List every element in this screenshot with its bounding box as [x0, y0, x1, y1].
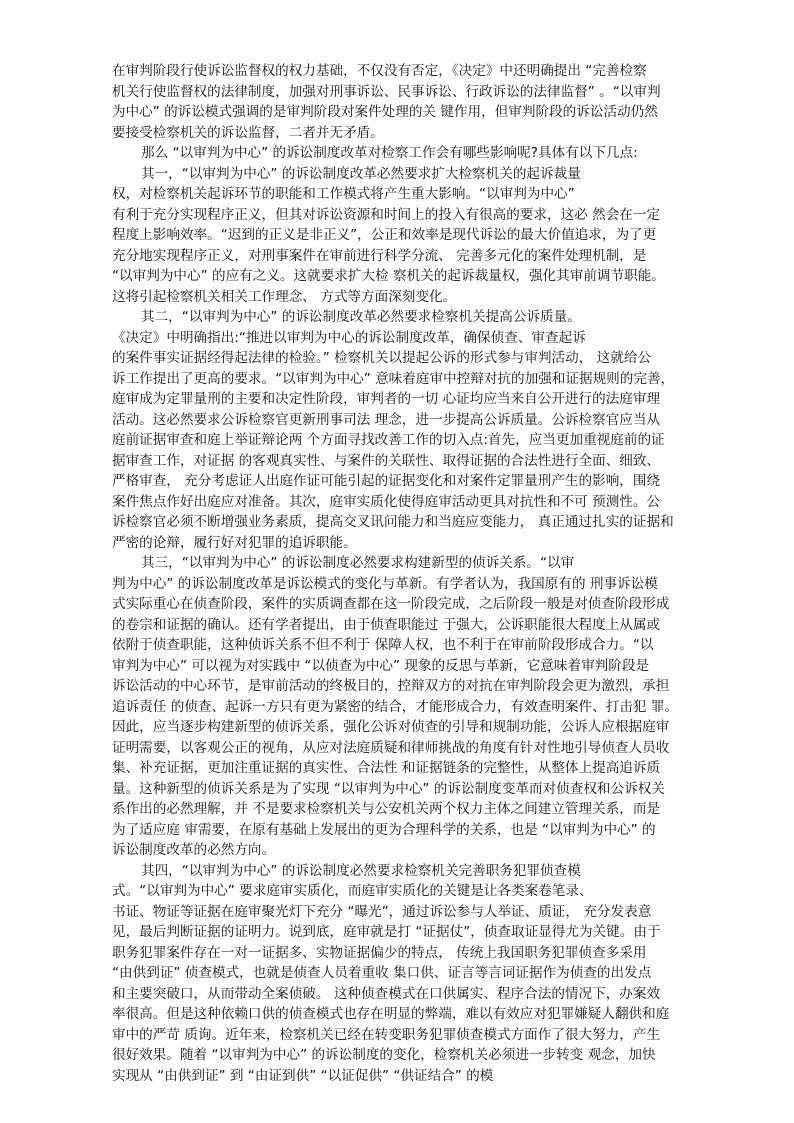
text-line: 审判为中心” 可以视为对实践中 “以侦查为中心” 现象的反思与革新，它意味着审判…: [112, 656, 692, 677]
text-line: 据审查工作，对证据 的客观真实性、与案件的关联性、取得证据的合法性进行全面、细致…: [112, 451, 692, 472]
text-line: 式实际重心在侦查阶段，案件的实质调查都在这一阶段完成，之后阶段一般是对侦查阶段形…: [112, 594, 692, 615]
text-line: “由供到证” 侦查模式，也就是侦查人员着重收 集口供、证言等言词证据作为侦查的出…: [112, 963, 692, 984]
text-line: 这将引起检察机关相关工作理念、 方式等方面深刻变化。: [112, 287, 692, 308]
text-line: 那么 “以审判为中心” 的诉讼制度改革对检察工作会有哪些影响呢?具体有以下几点:: [112, 143, 692, 164]
text-line: 有利于充分实现程序正义，但其对诉讼资源和时间上的投入有很高的要求，这必 然会在一…: [112, 205, 692, 226]
text-line: 要接受检察机关的诉讼监督，二者并无矛盾。: [112, 123, 692, 144]
text-line: 集、补充证据，更加注重证据的真实性、合法性 和证据链条的完整性，从整体上提高追诉…: [112, 758, 692, 779]
text-line: 诉工作提出了更高的要求。“以审判为中心” 意味着庭审中控辩对抗的加强和证据规则的…: [112, 369, 692, 390]
text-line: 机关行使监督权的法律制度，加强对刑事诉讼、民事诉讼、行政诉讼的法律监督” 。“以…: [112, 82, 692, 103]
text-line: 为了适应庭 审需要，在原有基础上发展出的更为合理科学的关系，也是 “以审判为中心…: [112, 820, 692, 841]
text-line: “以审判为中心” 的应有之义。这就要求扩大检 察机关的起诉裁量权，强化其审前调节…: [112, 266, 692, 287]
text-line: 审中的严苛 质询。近年来，检察机关已经在转变职务犯罪侦查模式方面作了很大努力，产…: [112, 1025, 692, 1046]
text-line: 活动。这必然要求公诉检察官更新刑事司法 理念，进一步提高公诉质量。公诉检察官应当…: [112, 410, 692, 431]
text-line: 实现从 “由供到证” 到 “由证到供” “以证促供” “供证结合” 的模: [112, 1066, 692, 1087]
text-line: 书证、物证等证据在庭审聚光灯下充分 “曝光”，通过诉讼参与人举证、质证， 充分发…: [112, 902, 692, 923]
text-line: 证明需要，以客观公正的视角，从应对法庭质疑和律师挑战的角度有针对性地引导侦查人员…: [112, 738, 692, 759]
text-line: 其四，“以审判为中心” 的诉讼制度必然要求检察机关完善职务犯罪侦查模: [112, 861, 692, 882]
text-line: 诉检察官必须不断增强业务素质，提高交叉讯问能力和当庭应变能力， 真正通过扎实的证…: [112, 512, 692, 533]
text-line: 判为中心” 的诉讼制度改革是诉讼模式的变化与革新。有学者认为，我国原有的 刑事诉…: [112, 574, 692, 595]
text-line: 追诉责任 的侦查、起诉一方只有更为紧密的结合，才能形成合力，有效查明案件、打击犯…: [112, 697, 692, 718]
text-line: 见，最后判断证据的证明力。说到底，庭审就是打 “证据仗”，侦查取证显得尤为关键。…: [112, 922, 692, 943]
text-line: 诉讼制度改革的必然方向。: [112, 840, 692, 861]
text-line: 系作出的必然理解，并 不是要求检察机关与公安机关两个权力主体之间建立管理关系，而…: [112, 799, 692, 820]
text-line: 案件焦点作好出庭应对准备。其次，庭审实质化使得庭审活动更具对抗性和不可 预测性。…: [112, 492, 692, 513]
text-line: 诉讼活动的中心环节，是审前活动的终极目的，控辩双方的对抗在审判阶段会更为激烈，承…: [112, 676, 692, 697]
text-line: 权，对检察机关起诉环节的职能和工作模式将产生重大影响。“以审判为中心”: [112, 184, 692, 205]
text-line: 量。这种新型的侦诉关系是为了实现 “以审判为中心” 的诉讼制度变革而对侦查权和公…: [112, 779, 692, 800]
text-line: 依附于侦查职能，这种侦诉关系不但不利于 保障人权，也不利于在审前阶段形成合力。“…: [112, 635, 692, 656]
text-line: 充分地实现程序正义，对刑事案件在审前进行科学分流、 完善多元化的案件处理机制，是: [112, 246, 692, 267]
text-line: 在审判阶段行使诉讼监督权的权力基础，不仅没有否定，《决定》中还明确提出 “完善检…: [112, 61, 692, 82]
text-line: 因此，应当逐步构建新型的侦诉关系，强化公诉对侦查的引导和规制功能，公诉人应根据庭…: [112, 717, 692, 738]
text-line: 和主要突破口，从而带动全案侦破。 这种侦查模式在口供属实、程序合法的情况下，办案…: [112, 984, 692, 1005]
text-line: 《决定》中明确指出:“推进以审判为中心的诉讼制度改革，确保侦查、审查起诉: [112, 328, 692, 349]
text-line: 的卷宗和证据的确认。还有学者提出，由于侦查职能过 于强大，公诉职能很大程度上从属…: [112, 615, 692, 636]
text-line: 率很高。但是这种依赖口供的侦查模式也存在明显的弊端，难以有效应对犯罪嫌疑人翻供和…: [112, 1004, 692, 1025]
text-line: 的案件事实证据经得起法律的检验。” 检察机关以提起公诉的形式参与审判活动， 这就…: [112, 348, 692, 369]
text-line: 为中心” 的诉讼模式强调的是审判阶段对案件处理的关 键作用，但审判阶段的诉讼活动…: [112, 102, 692, 123]
text-line: 程度上影响效率。“迟到的正义是非正义”，公正和效率是现代诉讼的最大价值追求，为了…: [112, 225, 692, 246]
text-line: 严密的论辩，履行好对犯罪的追诉职能。: [112, 533, 692, 554]
document-body: 在审判阶段行使诉讼监督权的权力基础，不仅没有否定，《决定》中还明确提出 “完善检…: [112, 61, 692, 1086]
text-line: 庭前证据审查和庭上举证辩论两 个方面寻找改善工作的切入点:首先，应当更加重视庭前…: [112, 430, 692, 451]
text-line: 严格审查， 充分考虑证人出庭作证可能引起的证据变化和对案件定罪量刑产生的影响，围…: [112, 471, 692, 492]
text-line: 庭审成为定罪量刑的主要和决定性阶段，审判者的一切 心证均应当来自公开进行的法庭审…: [112, 389, 692, 410]
text-line: 其三，“以审判为中心” 的诉讼制度必然要求构建新型的侦诉关系。“以审: [112, 553, 692, 574]
text-line: 其一，“以审判为中心” 的诉讼制度改革必然要求扩大检察机关的起诉裁量: [112, 164, 692, 185]
text-line: 其二，“以审判为中心” 的诉讼制度改革必然要求检察机关提高公诉质量。: [112, 307, 692, 328]
text-line: 式。“以审判为中心” 要求庭审实质化，而庭审实质化的关键是让各类案卷笔录、: [112, 881, 692, 902]
text-line: 职务犯罪案件存在一对一证据多、实物证据偏少的特点， 传统上我国职务犯罪侦查多采用: [112, 943, 692, 964]
text-line: 很好效果。随着 “以审判为中心” 的诉讼制度的变化，检察机关必须进一步转变 观念…: [112, 1045, 692, 1066]
